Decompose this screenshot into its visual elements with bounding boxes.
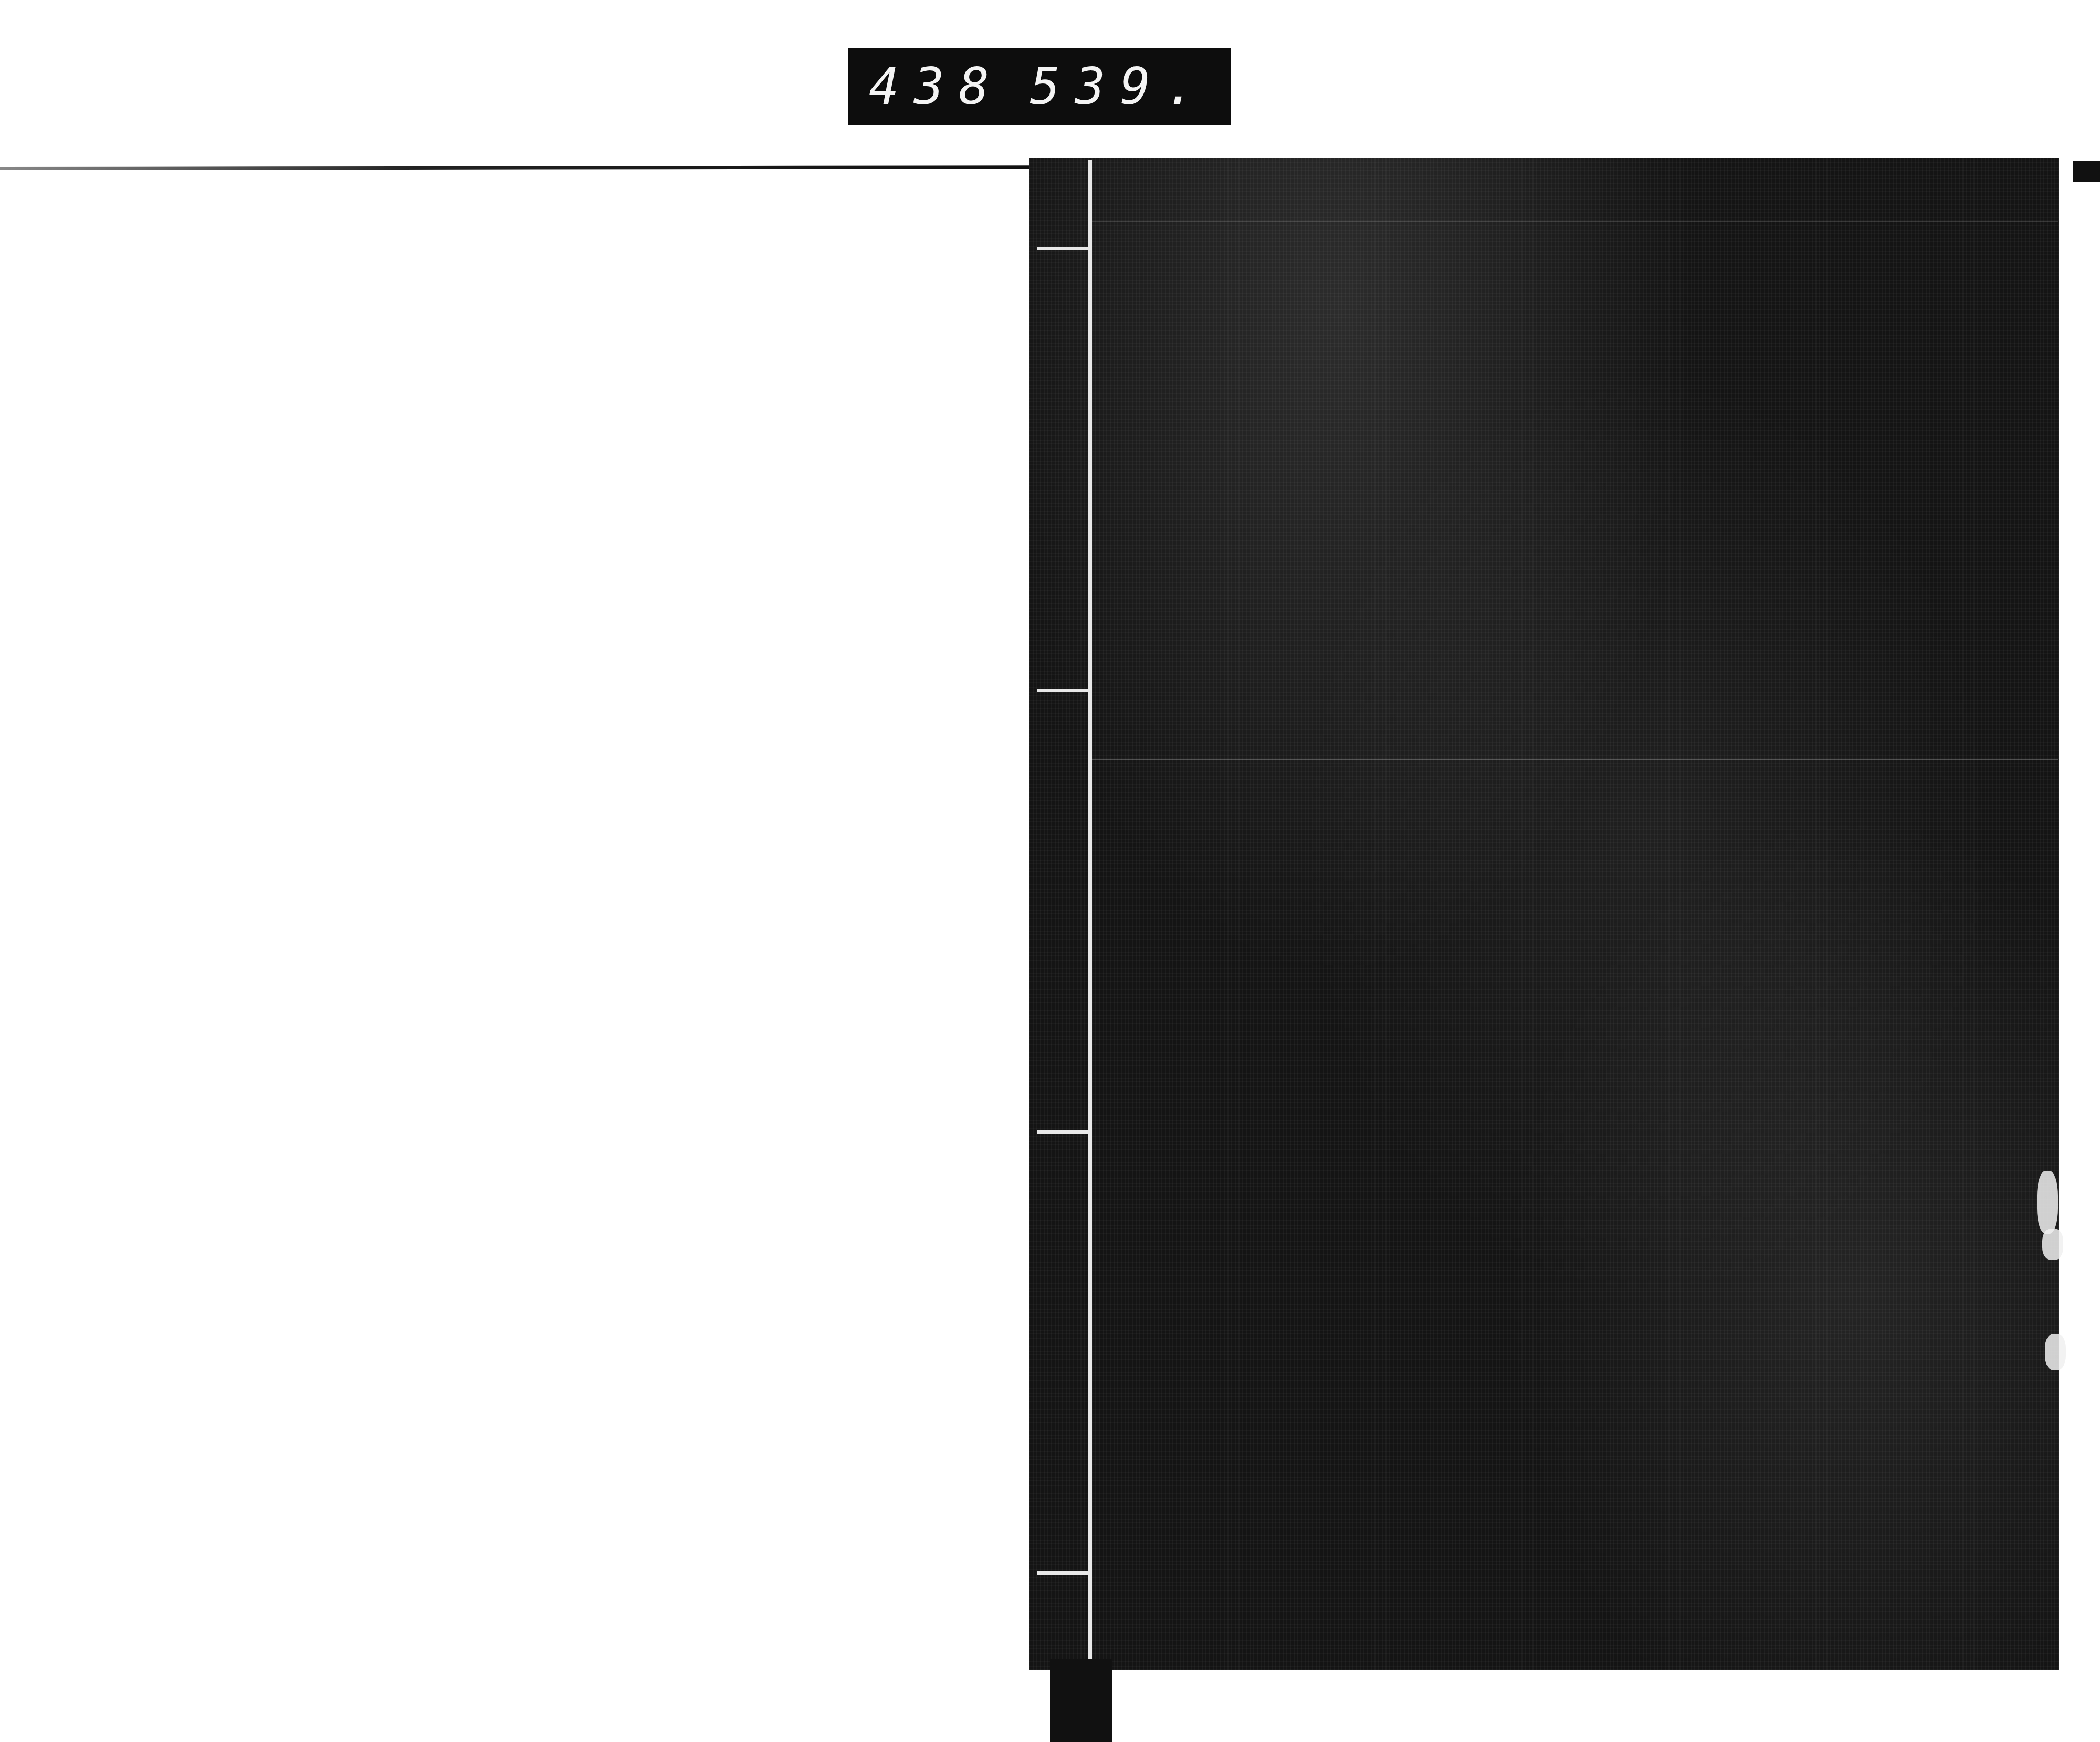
- edge-wear-mark: [2045, 1334, 2066, 1370]
- binding-stitch: [1037, 247, 1089, 250]
- edge-wear-mark: [2042, 1229, 2063, 1260]
- call-number-left: 438: [869, 57, 1004, 116]
- book-cover: [1029, 158, 2059, 1670]
- binding-stitch: [1037, 1130, 1089, 1134]
- binding-spine-line: [1088, 160, 1092, 1659]
- scan-edge-line: [0, 165, 1039, 170]
- cover-crease-middle: [1092, 759, 2058, 760]
- adjacent-page-stub: [2073, 161, 2100, 182]
- spine-bottom-tab: [1050, 1659, 1112, 1742]
- call-number-label: 438 539.: [848, 48, 1231, 125]
- cover-fold-line-top: [1092, 221, 2058, 222]
- binding-stitch: [1037, 1571, 1089, 1575]
- edge-wear-mark: [2037, 1171, 2058, 1234]
- call-number-right: 539.: [1030, 57, 1210, 116]
- binding-stitch: [1037, 689, 1089, 692]
